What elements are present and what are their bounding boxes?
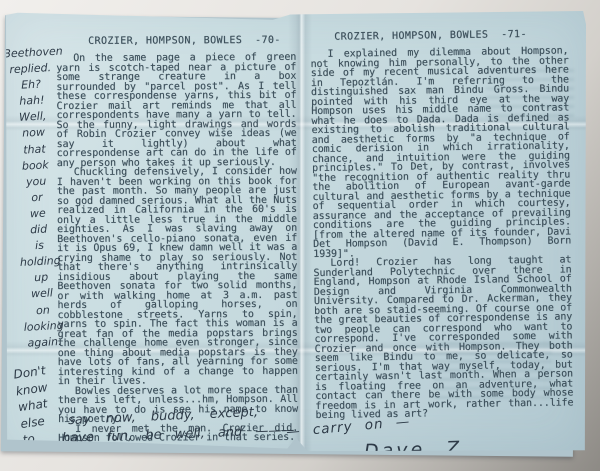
typed-body-70: On the same page a piece of green yarn i…	[56, 53, 298, 444]
photo-background: CROZIER, HOMPSON, BOWLES -70- On the sam…	[0, 0, 600, 471]
page-header-70: CROZIER, HOMPSON, BOWLES -70-	[88, 36, 296, 47]
page-header-71: CROZIER, HOMPSON, BOWLES -71-	[334, 29, 568, 42]
letter-page-70: CROZIER, HOMPSON, BOWLES -70- On the sam…	[56, 24, 298, 444]
signature: Dave Z	[364, 437, 463, 462]
typed-paragraph: I explained my dilemma about Hompson, no…	[310, 46, 571, 259]
letter-paper: CROZIER, HOMPSON, BOWLES -70- On the sam…	[6, 11, 586, 452]
typed-paragraph: Lord! Crozier has long taught at Sunderl…	[313, 255, 573, 420]
letter-page-71: CROZIER, HOMPSON, BOWLES -71- I explaine…	[310, 17, 574, 420]
typed-paragraph: Chuckling defensively, I consider how I …	[57, 167, 298, 387]
typed-body-71: I explained my dilemma about Hompson, no…	[310, 46, 573, 420]
typed-paragraph: On the same page a piece of green yarn i…	[56, 53, 297, 168]
